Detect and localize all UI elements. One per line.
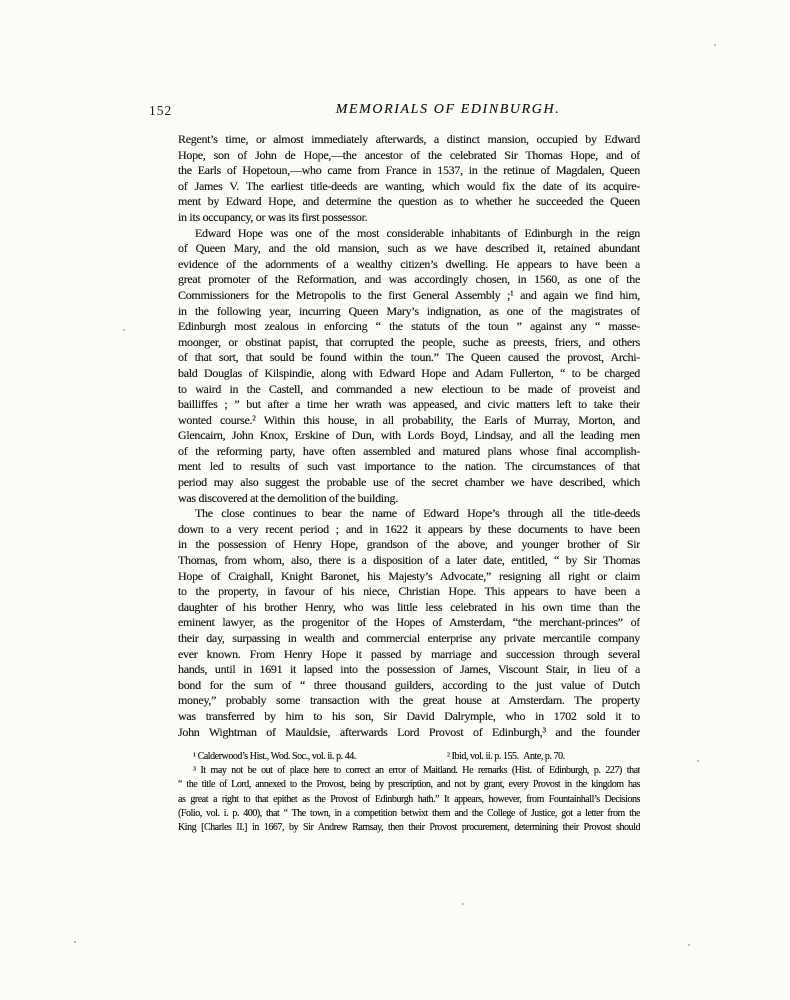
text-line: hands, until in 1691 it lapsed into the … — [178, 662, 640, 678]
footnotes: ¹ Calderwood’s Hist., Wod. Soc., vol. ii… — [178, 750, 640, 835]
footnote-line: ³ It may not be out of place here to cor… — [178, 764, 640, 778]
text-line: of the reforming party, have often assem… — [178, 444, 640, 460]
footnote-line: (Folio, vol. i. p. 400), that “ The town… — [178, 807, 640, 821]
text-line: Hope, son of John de Hope,—the ancestor … — [178, 148, 640, 164]
text-line: ment by Edward Hope, and determine the q… — [178, 194, 640, 210]
page-number: 152 — [149, 103, 172, 119]
text-line: of Queen Mary, and the old mansion, such… — [178, 241, 640, 257]
text-line: Hope of Craighall, Knight Baronet, his M… — [178, 569, 640, 585]
text-line: down to a very recent period ; and in 16… — [178, 522, 640, 538]
text-line: Edward Hope was one of the most consider… — [178, 226, 640, 242]
text-line: Edinburgh most zealous in enforcing “ th… — [178, 319, 640, 335]
text-line: bond for the sum of “ three thousand gui… — [178, 678, 640, 694]
footnote-3: ³ It may not be out of place here to cor… — [178, 764, 640, 835]
text-line: money,” probably some transaction with t… — [178, 693, 640, 709]
text-line: wonted course.² Within this house, in al… — [178, 413, 640, 429]
text-line: ment led to results of such vast importa… — [178, 459, 640, 475]
text-line: period may also suggest the probable use… — [178, 475, 640, 491]
text-line: of James V. The earliest title-deeds are… — [178, 179, 640, 195]
text-line: was transferred by him to his son, Sir D… — [178, 709, 640, 725]
scan-speck — [123, 329, 125, 331]
scan-speck — [688, 944, 690, 946]
text-line: to the property, in favour of his niece,… — [178, 584, 640, 600]
paragraph: Regent’s time, or almost immediately aft… — [178, 132, 640, 226]
text-line: of that sort, that sould be found within… — [178, 350, 640, 366]
scan-speck — [697, 760, 699, 762]
footnote-2: ² Ibid, vol. ii. p. 155. Ante, p. 70. — [447, 750, 565, 764]
book-page: 152 MEMORIALS OF EDINBURGH. Regent’s tim… — [0, 0, 790, 1000]
text-line: in its occupancy, or was its first posse… — [178, 210, 640, 226]
text-line: Commissioners for the Metropolis to the … — [178, 288, 640, 304]
running-title: MEMORIALS OF EDINBURGH. — [336, 102, 561, 118]
text-line: the Earls of Hopetoun,—who came from Fra… — [178, 163, 640, 179]
text-line: The close continues to bear the name of … — [178, 506, 640, 522]
footnote-line: “ the title of Lord, annexed to the Prov… — [178, 778, 640, 792]
text-line: great promoter of the Reformation, and w… — [178, 272, 640, 288]
text-line: Thomas, from whom, also, there is a disp… — [178, 553, 640, 569]
footnote-refline: ¹ Calderwood’s Hist., Wod. Soc., vol. ii… — [178, 750, 640, 764]
text-line: Regent’s time, or almost immediately aft… — [178, 132, 640, 148]
footnote-line: as great a right to that epithet as the … — [178, 793, 640, 807]
text-line: John Wightman of Mauldsie, afterwards Lo… — [178, 725, 640, 741]
body-text: Regent’s time, or almost immediately aft… — [178, 132, 640, 740]
footnote-line: King [Charles II.] in 1667, by Sir Andre… — [178, 821, 640, 835]
text-line: eminent lawyer, as the progenitor of the… — [178, 615, 640, 631]
text-line: ever known. From Henry Hope it passed by… — [178, 647, 640, 663]
scan-speck — [462, 903, 464, 905]
footnote-1: ¹ Calderwood’s Hist., Wod. Soc., vol. ii… — [178, 751, 356, 762]
text-line: in the possession of Henry Hope, grandso… — [178, 537, 640, 553]
text-line: in the following year, incurring Queen M… — [178, 304, 640, 320]
text-line: daughter of his brother Henry, who was l… — [178, 600, 640, 616]
text-line: their day, surpassing in wealth and comm… — [178, 631, 640, 647]
text-line: moonger, or obstinat papist, that corrup… — [178, 335, 640, 351]
text-line: Glencairn, John Knox, Erskine of Dun, wi… — [178, 428, 640, 444]
paragraph: The close continues to bear the name of … — [178, 506, 640, 740]
scan-speck — [74, 941, 76, 943]
text-line: was discovered at the demolition of the … — [178, 491, 640, 507]
text-line: bailliffes ; ” but after a time her wrat… — [178, 397, 640, 413]
text-line: bald Douglas of Kilspindie, along with E… — [178, 366, 640, 382]
scan-speck — [567, 232, 569, 234]
paragraph: Edward Hope was one of the most consider… — [178, 226, 640, 507]
text-line: evidence of the adornments of a wealthy … — [178, 257, 640, 273]
scan-speck — [714, 44, 716, 46]
text-line: to waird in the Castell, and commanded a… — [178, 382, 640, 398]
